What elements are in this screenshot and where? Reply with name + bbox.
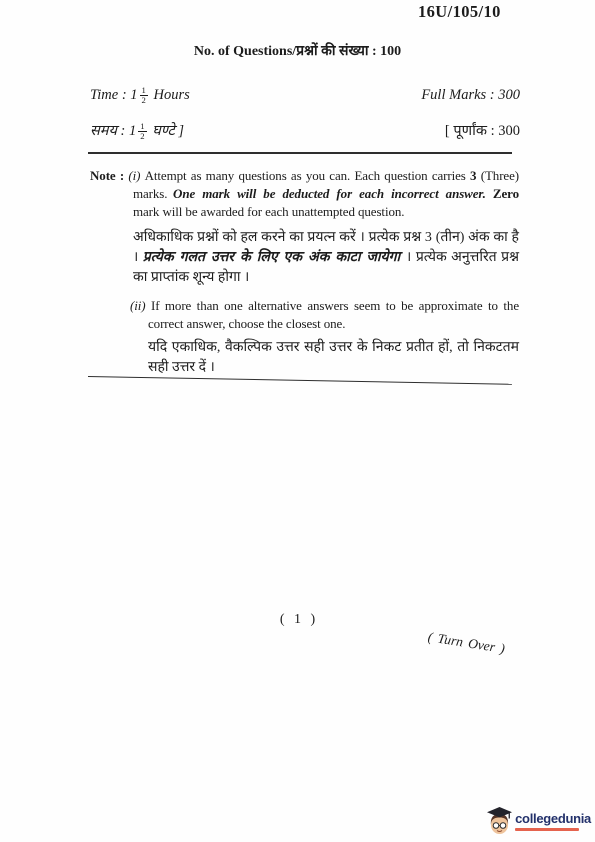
header-divider-line [88,152,512,154]
time-whole-number: 1 [130,87,137,103]
instructions-note: Note : (i) Attempt as many questions as … [90,167,519,378]
logo-wordmark: collegedunia [515,811,591,826]
note-i-text: mark will be awarded for each unattempte… [133,204,404,219]
note-ii-text: If more than one alternative answers see… [148,298,519,331]
samay-whole-number: 1 [129,123,136,139]
samay-unit: घण्टे ] [149,123,185,139]
note-i-emphasis: One mark will be deducted for each incor… [173,186,493,201]
samay-label: समय : [90,123,129,139]
full-marks: Full Marks : 300 [421,87,520,104]
samay-purnank-row: समय : 112 घण्टे ] [ पूर्णांक : 300 [90,120,520,141]
samay-fraction: 12 [138,122,146,141]
logo-tagline-bar [515,828,579,831]
turn-over-note: ( Turn Over ) [427,629,506,657]
scanned-exam-paper-page: 16U/105/10 No. of Questions/प्रश्नों की … [0,0,595,842]
note-i-hindi-emphasis: प्रत्येक गलत उत्तर के लिए एक अंक काटा जा… [143,250,406,265]
time-fraction: 12 [140,86,148,105]
time-unit: Hours [150,87,190,103]
note-i-zero: Zero [493,186,519,201]
questions-count-line: No. of Questions/प्रश्नों की संख्या : 10… [0,41,595,60]
note-item-ii-english: (ii) If more than one alternative answer… [90,297,519,333]
fraction-denominator: 2 [140,96,148,105]
note-item-ii-hindi: यदि एकाधिक, वैकल्पिक उत्तर सही उत्तर के … [148,338,519,378]
page-number: ( 1 ) [0,612,595,628]
time-duration: Time : 112 Hours [90,86,190,105]
time-fullmarks-row: Time : 112 Hours Full Marks : 300 [90,86,520,105]
note-item-i-english: Note : (i) Attempt as many questions as … [90,167,519,221]
note-i-text: Attempt as many questions as you can. Ea… [145,168,470,183]
time-label: Time : [90,87,130,103]
fraction-denominator: 2 [138,132,146,141]
item-i-marker: (i) [128,168,144,183]
samay-duration: समय : 112 घण्टे ] [90,120,184,141]
collegedunia-logo: collegedunia [486,806,591,836]
logo-text-block: collegedunia [515,811,591,831]
note-label: Note : [90,168,128,183]
paper-code: 16U/105/10 [418,2,501,22]
logo-mascot-icon [486,806,513,836]
purnank: [ पूर्णांक : 300 [445,120,520,140]
note-item-i-hindi: अधिकाधिक प्रश्नों को हल करने का प्रयत्न … [133,228,519,288]
item-ii-marker: (ii) [130,298,151,313]
